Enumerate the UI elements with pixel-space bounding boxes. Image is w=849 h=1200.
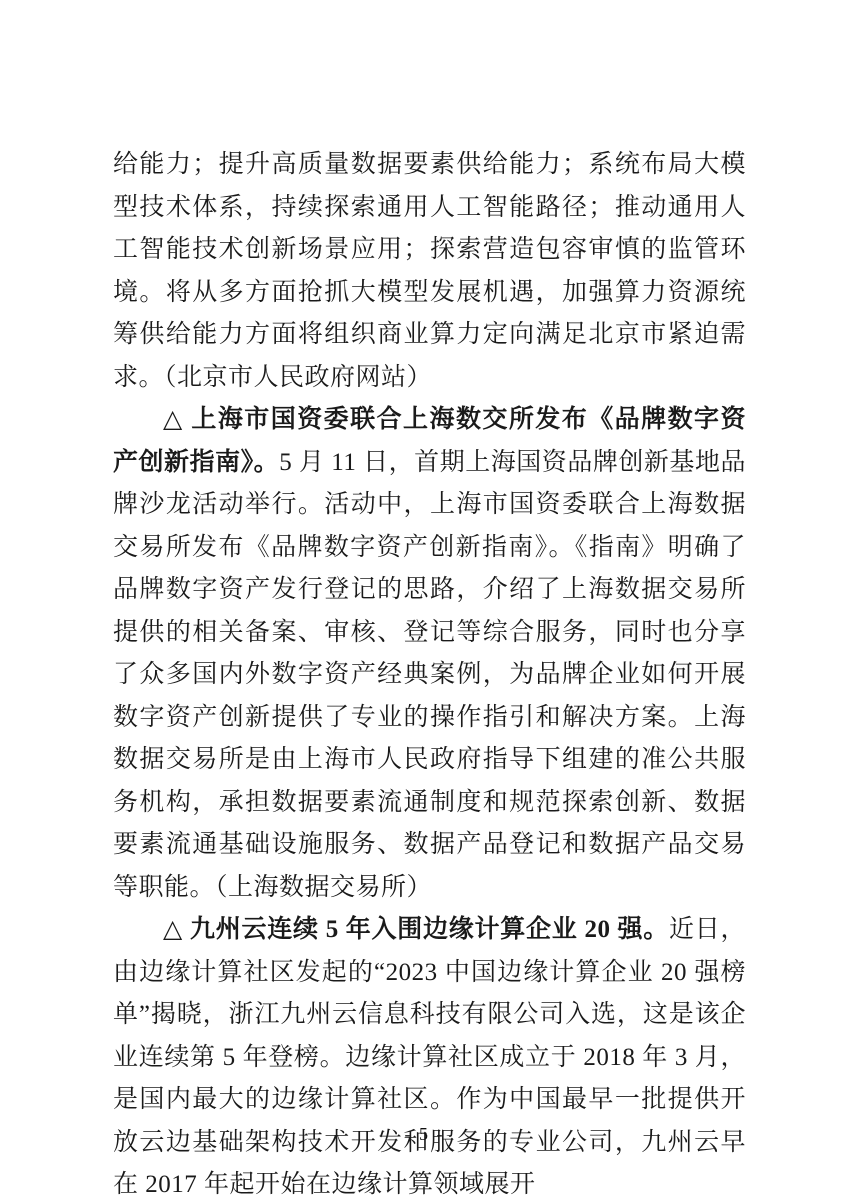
document-body: 给能力；提升高质量数据要素供给能力；系统布局大模型技术体系，持续探索通用人工智能… — [113, 144, 746, 1200]
paragraph-text: 给能力；提升高质量数据要素供给能力；系统布局大模型技术体系，持续探索通用人工智能… — [113, 151, 746, 391]
paragraph-heading: △ 九州云连续 5 年入围边缘计算企业 20 强。 — [163, 916, 669, 943]
paragraph: △ 上海市国资委联合上海数交所发布《品牌数字资产创新指南》。5 月 11 日，首… — [113, 399, 746, 909]
paragraph: △ 九州云连续 5 年入围边缘计算企业 20 强。近日，由边缘计算社区发起的“2… — [113, 909, 746, 1200]
paragraph-text: 近日，由边缘计算社区发起的“2023 中国边缘计算企业 20 强榜单”揭晓，浙江… — [113, 916, 746, 1198]
paragraph-text: 5 月 11 日，首期上海国资品牌创新基地品牌沙龙活动举行。活动中，上海市国资委… — [113, 449, 746, 901]
paragraph: 给能力；提升高质量数据要素供给能力；系统布局大模型技术体系，持续探索通用人工智能… — [113, 144, 746, 399]
document-page: 给能力；提升高质量数据要素供给能力；系统布局大模型技术体系，持续探索通用人工智能… — [0, 0, 849, 1200]
footer-page-number: - 5 - — [0, 1122, 849, 1146]
